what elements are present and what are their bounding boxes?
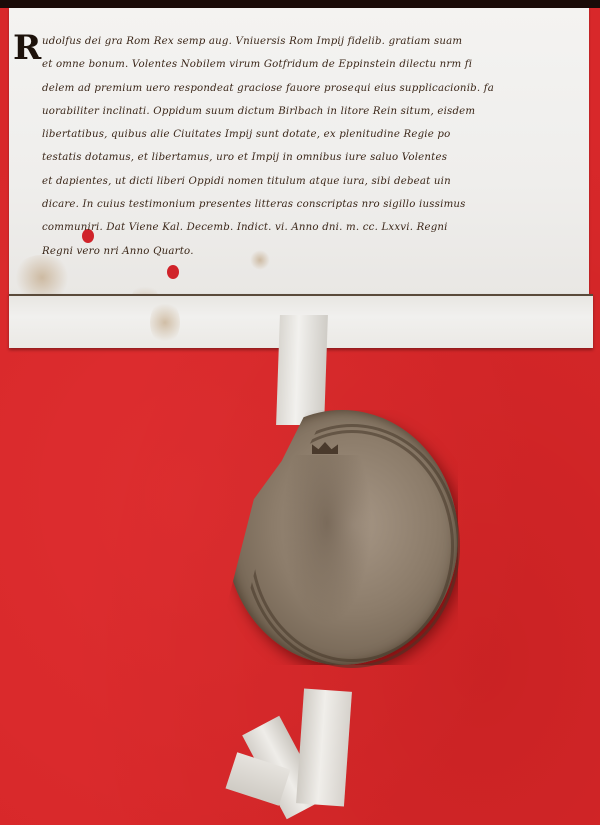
wormhole bbox=[167, 265, 179, 279]
text-line: libertatibus, quibus alie Ciuitates Impi… bbox=[30, 123, 580, 146]
text-line: uorabiliter inclinati. Oppidum suum dict… bbox=[30, 100, 580, 123]
dark-top-edge bbox=[0, 0, 600, 8]
text-line: Regni vero nri Anno Quarto. bbox=[30, 240, 580, 263]
text-line: et omne bonum. Volentes Nobilem virum Go… bbox=[30, 53, 580, 76]
water-stain bbox=[150, 300, 180, 345]
text-line: testatis dotamus, et libertamus, uro et … bbox=[30, 146, 580, 169]
enthroned-king-figure bbox=[282, 455, 372, 625]
charter-text: udolfus dei gra Rom Rex semp aug. Vniuer… bbox=[30, 30, 580, 263]
text-line: communiri. Dat Viene Kal. Decemb. Indict… bbox=[30, 216, 580, 239]
text-line: delem ad premium uero respondeat gracios… bbox=[30, 77, 580, 100]
text-line: dicare. In cuius testimonium presentes l… bbox=[30, 193, 580, 216]
text-line: et dapientes, ut dicti liberi Oppidi nom… bbox=[30, 170, 580, 193]
seal-strap-upper bbox=[276, 315, 328, 425]
text-line: udolfus dei gra Rom Rex semp aug. Vniuer… bbox=[30, 30, 580, 53]
seal-strap-lower bbox=[296, 688, 352, 806]
